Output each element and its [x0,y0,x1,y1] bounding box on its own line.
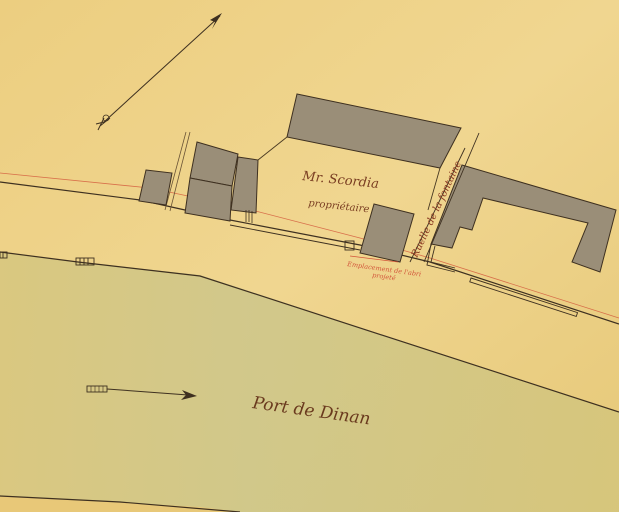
building-house-west-lower [185,178,232,221]
map-canvas: Mr. Scordia propriétaire Ruelle de la fo… [0,0,619,512]
historic-map: Mr. Scordia propriétaire Ruelle de la fo… [0,0,619,512]
